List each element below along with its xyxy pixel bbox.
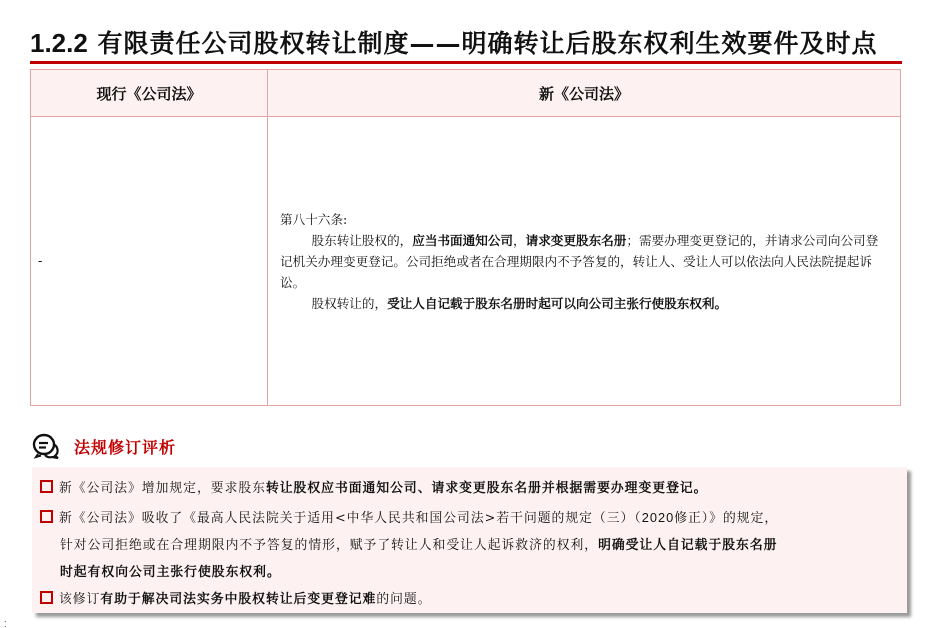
article-paragraph-1: 股东转让股权的，应当书面通知公司，请求变更股东名册；需要办理变更登记的，并请求公… xyxy=(280,230,888,293)
current-law-cell: - xyxy=(31,117,268,406)
text: 股东转让股权的， xyxy=(312,233,413,248)
text: 的问题。 xyxy=(376,592,431,607)
text: 该修订 xyxy=(59,592,100,607)
text: ， xyxy=(513,233,526,248)
header-current-law: 现行《公司法》 xyxy=(31,70,268,117)
emphasis: 转让股权应书面通知公司、请求变更股东名册并根据需要办理变更登记。 xyxy=(266,481,708,496)
checkbox-bullet-icon xyxy=(40,480,53,493)
bullet-item-1: 新《公司法》增加规定，要求股东转让股权应书面通知公司、请求变更股东名册并根据需要… xyxy=(40,479,707,499)
emphasis: 时起有权向公司主张行使股东权利。 xyxy=(60,565,281,580)
emphasis: 明确受让人自记载于股东名册 xyxy=(598,538,777,553)
section-number: 1.2.2 xyxy=(30,28,88,58)
checkbox-bullet-icon xyxy=(40,591,53,604)
title-divider xyxy=(30,61,902,64)
article-paragraph-2: 股权转让的，受让人自记载于股东名册时起可以向公司主张行使股东权利。 xyxy=(280,293,888,314)
checkbox-bullet-icon xyxy=(40,510,53,523)
comparison-table: 现行《公司法》 新《公司法》 - 第八十六条: 股东转让股权的，应当书面通知公司… xyxy=(30,69,901,406)
year: 2020 xyxy=(642,510,674,525)
analysis-section-heading: 法规修订评析 xyxy=(32,433,176,459)
text: 新《公司法》吸收了《最高人民法院关于适用<中华人民共和国公司法>若干问题的规定（… xyxy=(59,511,642,526)
article-number: 第八十六条: xyxy=(280,209,888,230)
page-title: 1.2.2 有限责任公司股权转让制度——明确转让后股东权利生效要件及时点 xyxy=(30,24,910,58)
text: 修正）》的规定， xyxy=(674,511,778,526)
bullet-item-2-line-3: 时起有权向公司主张行使股东权利。 xyxy=(60,563,281,583)
header-new-law: 新《公司法》 xyxy=(268,70,901,117)
section-label: 法规修订评析 xyxy=(74,435,176,458)
analysis-box: 新《公司法》增加规定，要求股东转让股权应书面通知公司、请求变更股东名册并根据需要… xyxy=(32,467,907,613)
bullet-item-2: 新《公司法》吸收了《最高人民法院关于适用<中华人民共和国公司法>若干问题的规定（… xyxy=(40,508,778,529)
speech-bubbles-icon xyxy=(32,433,62,459)
table-header-row: 现行《公司法》 新《公司法》 xyxy=(31,70,901,117)
table-row: - 第八十六条: 股东转让股权的，应当书面通知公司，请求变更股东名册；需要办理变… xyxy=(31,117,901,406)
text: 针对公司拒绝或在合理期限内不予答复的情形，赋予了转让人和受让人起诉救济的权利， xyxy=(60,538,598,553)
text: 股权转让的， xyxy=(312,296,388,311)
bullet-item-2-line-2: 针对公司拒绝或在合理期限内不予答复的情形，赋予了转让人和受让人起诉救济的权利，明… xyxy=(60,536,777,556)
emphasis: 应当书面通知公司 xyxy=(412,233,513,248)
bullet-item-3: 该修订有助于解决司法实务中股权转让后变更登记难的问题。 xyxy=(40,590,432,610)
new-law-cell: 第八十六条: 股东转让股权的，应当书面通知公司，请求变更股东名册；需要办理变更登… xyxy=(268,117,901,406)
corner-mark: ⁚ xyxy=(4,620,7,628)
emphasis: 有助于解决司法实务中股权转让后变更登记难 xyxy=(100,592,376,607)
text: 新《公司法》增加规定，要求股东 xyxy=(59,481,266,496)
emphasis: 请求变更股东名册 xyxy=(526,233,627,248)
emphasis: 受让人自记载于股东名册时起可以向公司主张行使股东权利。 xyxy=(387,296,727,311)
title-text: 有限责任公司股权转让制度——明确转让后股东权利生效要件及时点 xyxy=(88,29,878,58)
